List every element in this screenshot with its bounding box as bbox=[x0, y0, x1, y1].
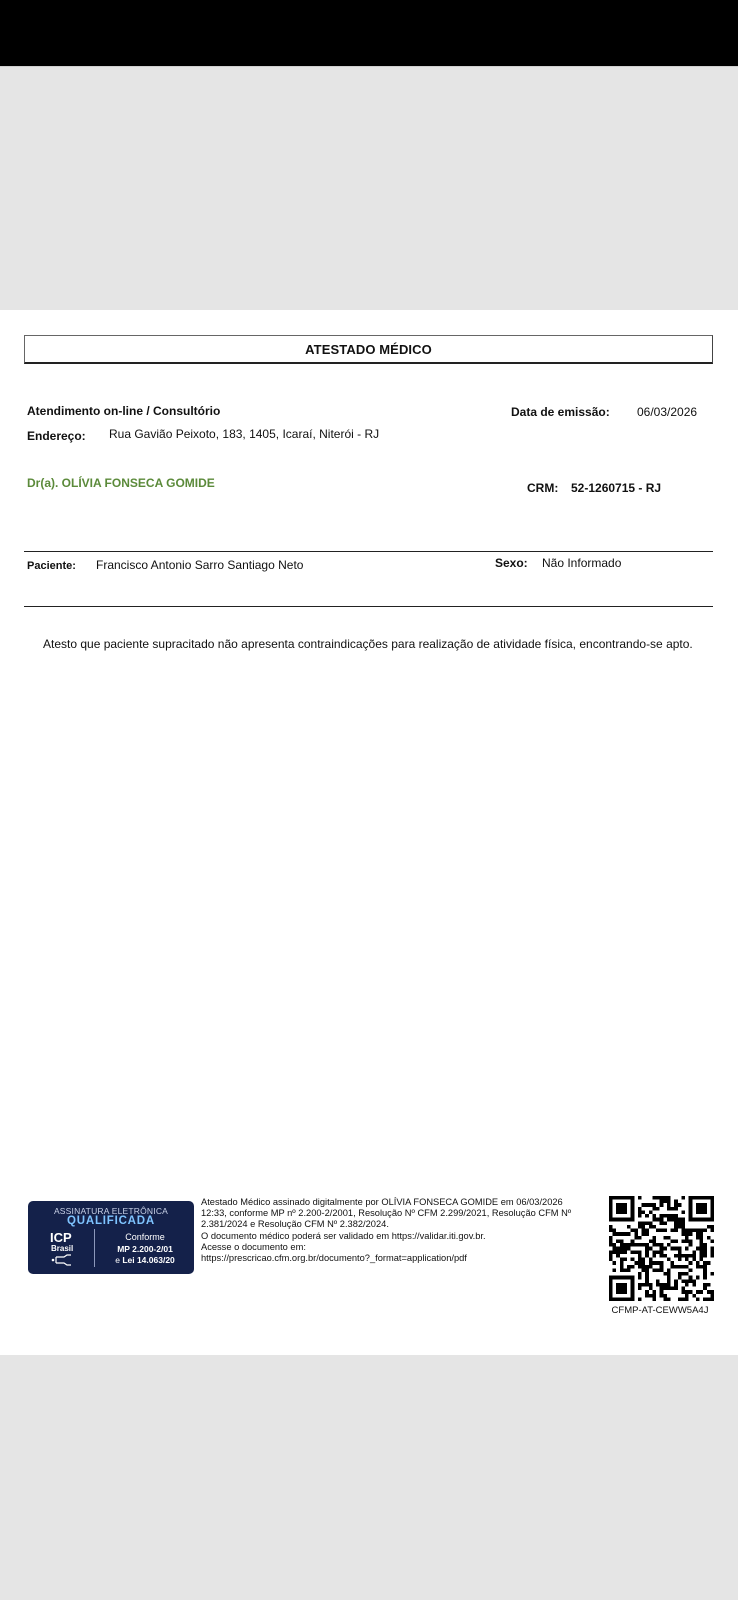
divider-top bbox=[24, 551, 713, 552]
badge-line2: QUALIFICADA bbox=[28, 1215, 194, 1227]
patient-label: Paciente: bbox=[27, 560, 76, 572]
divider-bottom bbox=[24, 606, 713, 607]
sex-value: Não Informado bbox=[542, 556, 621, 570]
crm-label: CRM: bbox=[527, 481, 558, 495]
issue-date-label: Data de emissão: bbox=[511, 405, 610, 419]
badge-lei-prefix: e bbox=[115, 1255, 120, 1265]
document-code: CFMP-AT-CEWW5A4J bbox=[600, 1305, 720, 1316]
document-title-box: ATESTADO MÉDICO bbox=[24, 335, 713, 364]
document-title: ATESTADO MÉDICO bbox=[305, 342, 432, 357]
icp-signature-badge: ASSINATURA ELETRÔNICA QUALIFICADA ICP Br… bbox=[28, 1201, 194, 1274]
address-label: Endereço: bbox=[27, 429, 86, 443]
badge-lei: e Lei 14.063/20 bbox=[100, 1255, 190, 1265]
patient-name: Francisco Antonio Sarro Santiago Neto bbox=[96, 558, 303, 572]
document-page: ATESTADO MÉDICO Atendimento on-line / Co… bbox=[0, 310, 738, 1355]
certificate-body: Atesto que paciente supracitado não apre… bbox=[43, 636, 714, 652]
doctor-name: Dr(a). OLÍVIA FONSECA GOMIDE bbox=[27, 476, 215, 490]
qr-code-icon[interactable] bbox=[609, 1196, 714, 1301]
issue-date: 06/03/2026 bbox=[637, 405, 697, 419]
key-icon bbox=[50, 1254, 72, 1266]
signature-line: Acesse o documento em: bbox=[201, 1242, 601, 1253]
address: Rua Gavião Peixoto, 183, 1405, Icaraí, N… bbox=[109, 427, 379, 441]
service-type: Atendimento on-line / Consultório bbox=[27, 404, 220, 418]
status-bar bbox=[0, 0, 738, 66]
validation-link[interactable]: O documento médico poderá ser validado e… bbox=[201, 1231, 601, 1242]
signature-line: 2.381/2024 e Resolução CFM Nº 2.382/2024… bbox=[201, 1219, 601, 1230]
signature-line: Atestado Médico assinado digitalmente po… bbox=[201, 1197, 601, 1208]
badge-divider bbox=[94, 1229, 95, 1267]
sex-label: Sexo: bbox=[495, 556, 528, 570]
icp-logo-brasil: Brasil bbox=[51, 1244, 73, 1253]
icp-logo-text: ICP bbox=[50, 1232, 72, 1244]
signature-info: Atestado Médico assinado digitalmente po… bbox=[201, 1197, 601, 1264]
badge-conforme: Conforme bbox=[100, 1232, 190, 1242]
signature-line: 12:33, conforme MP nº 2.200-2/2001, Reso… bbox=[201, 1208, 601, 1219]
crm-value: 52-1260715 - RJ bbox=[571, 481, 661, 495]
document-link[interactable]: https://prescricao.cfm.org.br/documento?… bbox=[201, 1253, 601, 1264]
badge-lei-value: Lei 14.063/20 bbox=[122, 1255, 174, 1265]
badge-mp: MP 2.200-2/01 bbox=[100, 1244, 190, 1254]
